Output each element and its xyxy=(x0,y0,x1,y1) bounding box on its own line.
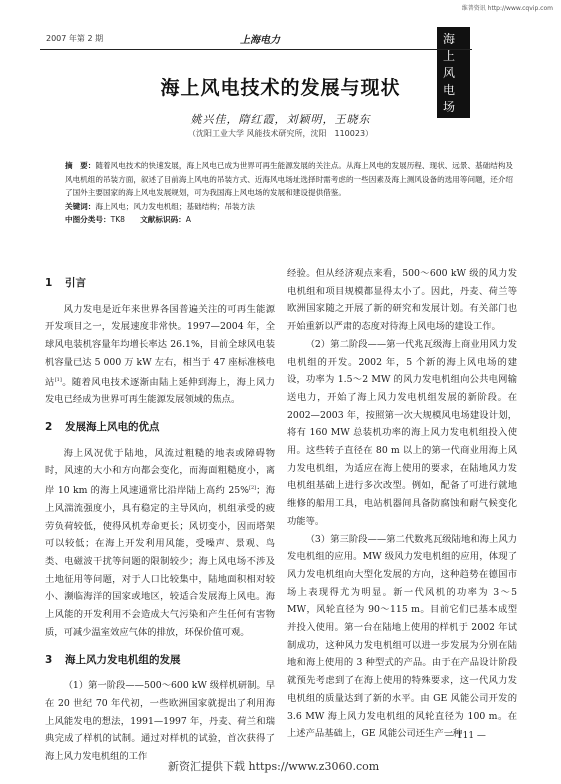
paragraph: （2）第二阶段——第一代兆瓦级海上商业用风力发电机组的开发。2002 年，5 个… xyxy=(287,336,517,531)
keywords: 关键词：海上风电；风力发电机组；基础结构；吊装方法 xyxy=(65,200,515,214)
article-authors: 姚兴佳，隋红霞，刘颖明，王晓东 xyxy=(0,111,561,127)
citation: [1] xyxy=(55,377,62,383)
clc-label: 中图分类号： xyxy=(65,215,111,224)
journal-name: 上海电力 xyxy=(240,31,280,46)
footer-watermark: 新资汇提供下载 https://www.z3060.com xyxy=(168,758,379,774)
abstract-block: 摘 要：随着风电技术的快速发展，海上风电已成为世界可再生能源发展的关注点。从海上… xyxy=(65,159,515,227)
article-title: 海上风电技术的发展与现状 xyxy=(0,73,561,100)
left-column: 1引言 风力发电是近年来世界各国普遍关注的可再生能源开发项目之一，发展速度非常快… xyxy=(45,265,275,766)
keywords-label: 关键词： xyxy=(65,202,95,211)
page-number: — 111 — xyxy=(445,731,486,741)
paragraph: （3）第三阶段——第二代数兆瓦级陆地和海上风力发电机组的应用。MW 级风力发电机… xyxy=(287,531,517,743)
clc-value: TK8 xyxy=(111,215,125,224)
article-affiliation: （沈阳工业大学 风能技术研究所，沈阳 110023） xyxy=(0,128,561,139)
right-column: 经验。但从经济观点来看，500～600 kW 级的风力发电机组和项目规模都显得太… xyxy=(287,265,517,743)
paragraph: 风力发电是近年来世界各国普遍关注的可再生能源开发项目之一，发展速度非常快。199… xyxy=(45,301,275,409)
abstract-text: 随着风电技术的快速发展，海上风电已成为世界可再生能源发展的关注点。从海上风电的发… xyxy=(65,161,513,197)
section-heading-1: 1引言 xyxy=(45,275,275,293)
doc-code-value: A xyxy=(186,215,191,224)
classification: 中图分类号：TK8 文献标识码：A xyxy=(65,213,515,227)
page-header: 2007 年第 2 期 上海电力 海上风电场 xyxy=(40,28,470,48)
paragraph: （1）第一阶段——500～600 kW 级样机研制。早在 20 世纪 70 年代… xyxy=(45,677,275,766)
abstract-label: 摘 要： xyxy=(65,161,95,170)
issue-label: 2007 年第 2 期 xyxy=(46,33,103,44)
keywords-text: 海上风电；风力发电机组；基础结构；吊装方法 xyxy=(95,202,254,211)
doc-code-label: 文献标识码： xyxy=(140,215,186,224)
section-heading-2: 2发展海上风电的优点 xyxy=(45,419,275,437)
paragraph: 海上风况优于陆地，风流过粗糙的地表或障碍物时，风速的大小和方向都会变化，而海面粗… xyxy=(45,445,275,642)
abstract: 摘 要：随着风电技术的快速发展，海上风电已成为世界可再生能源发展的关注点。从海上… xyxy=(65,159,515,200)
section-heading-3: 3海上风力发电机组的发展 xyxy=(45,652,275,670)
watermark-top: 维普资讯 http://www.cqvip.com xyxy=(462,3,553,12)
paragraph: 经验。但从经济观点来看，500～600 kW 级的风力发电机组和项目规模都显得太… xyxy=(287,265,517,336)
header-rule xyxy=(40,49,472,50)
